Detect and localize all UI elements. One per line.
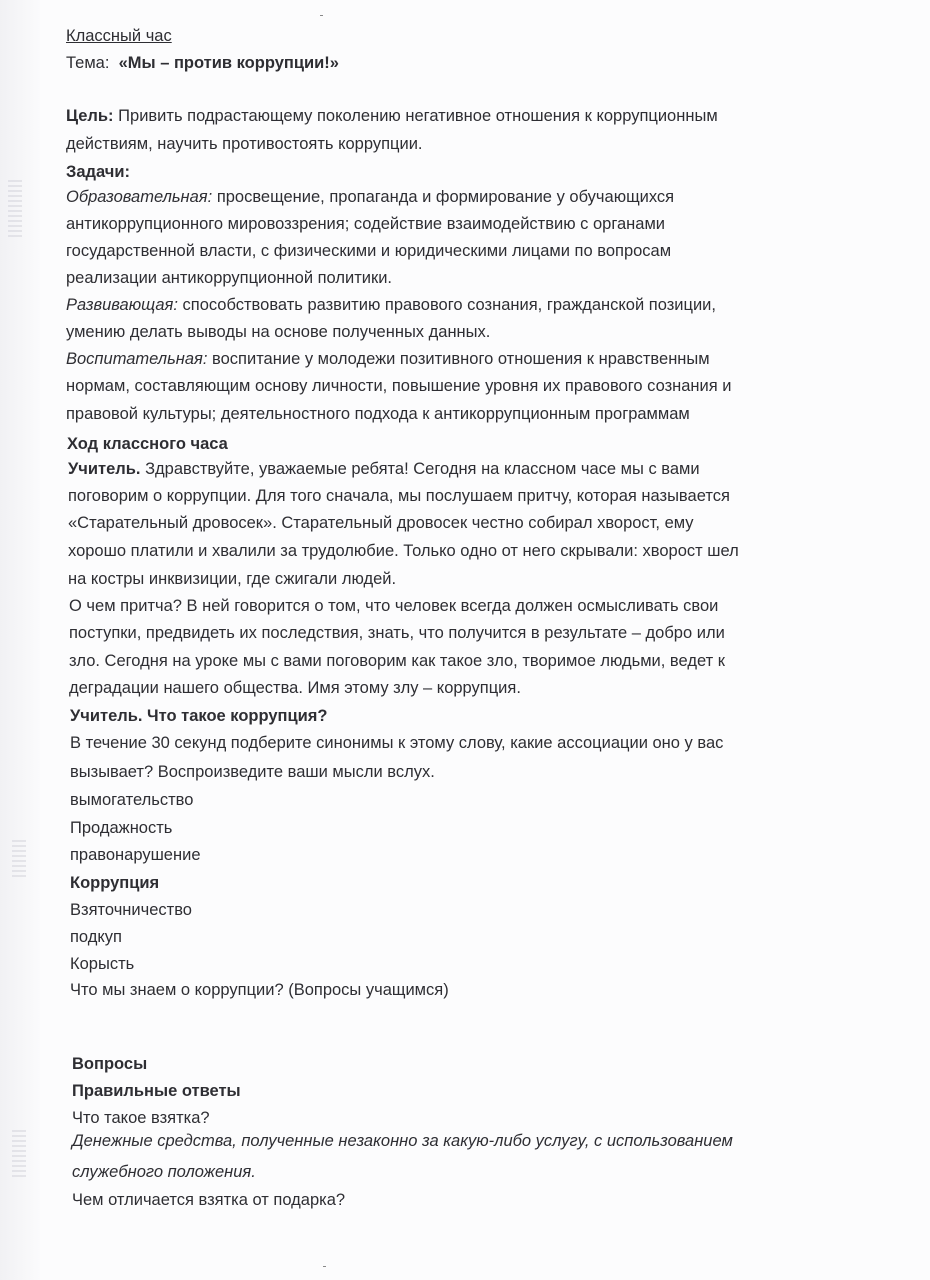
course-p3-line-2: вызывает? Воспроизведите ваши мысли вслу… <box>70 762 435 782</box>
goal-text: Привить подрастающему поколению негативн… <box>118 107 718 125</box>
course-p1-line-2: поговорим о коррупции. Для того сначала,… <box>68 486 730 506</box>
scan-dot <box>320 15 323 16</box>
teacher-label: Учитель. <box>68 460 140 478</box>
question-2: Чем отличается взятка от подарка? <box>72 1190 345 1210</box>
synonym-item: правонарушение <box>70 845 201 865</box>
upbringing-line-3: правовой культуры; деятельностного подхо… <box>66 404 690 424</box>
course-p1-line-5: на костры инквизиции, где сжигали людей. <box>68 569 396 589</box>
goal-line-1: Цель: Привить подрастающему поколению не… <box>66 106 718 126</box>
educational-line-4: реализации антикоррупционной политики. <box>66 268 392 288</box>
upbringing-line-2: нормам, составляющим основу личности, по… <box>66 376 732 396</box>
course-p3-line-1: В течение 30 секунд подберите синонимы к… <box>70 733 723 753</box>
questions-label: Вопросы <box>72 1054 147 1074</box>
goal-label: Цель: <box>66 107 114 125</box>
upbringing-text: воспитание у молодежи позитивного отноше… <box>212 350 710 368</box>
goal-line-2: действиям, научить противостоять коррупц… <box>66 134 423 154</box>
synonym-item: Корысть <box>70 954 134 974</box>
course-p1-line-4: хорошо платили и хвалили за трудолюбие. … <box>68 541 739 561</box>
what-we-know: Что мы знаем о коррупции? (Вопросы учащи… <box>70 980 449 1000</box>
course-p1-line-3: «Старательный дровосек». Старательный др… <box>68 513 694 533</box>
synonym-item: подкуп <box>70 927 122 947</box>
upbringing-line-1: Воспитательная: воспитание у молодежи по… <box>66 349 710 369</box>
synonym-item: Коррупция <box>70 873 159 893</box>
course-p1-line-1: Учитель. Здравствуйте, уважаемые ребята!… <box>68 459 700 479</box>
educational-text: просвещение, пропаганда и формирование у… <box>217 188 674 206</box>
tasks-label: Задачи: <box>66 162 130 182</box>
educational-label: Образовательная: <box>66 188 212 206</box>
course-heading: Ход классного часа <box>67 434 228 454</box>
course-p2-line-2: поступки, предвидеть их последствия, зна… <box>69 623 725 643</box>
theme-line: Тема: «Мы – против коррупции!» <box>66 53 339 73</box>
educational-line-1: Образовательная: просвещение, пропаганда… <box>66 187 674 207</box>
developing-line-2: умению делать выводы на основе полученны… <box>66 322 490 342</box>
developing-label: Развивающая: <box>66 296 178 314</box>
developing-text: способствовать развитию правового сознан… <box>183 296 716 314</box>
course-p2-line-4: деградации нашего общества. Имя этому зл… <box>69 678 521 698</box>
question-heading: Учитель. Что такое коррупция? <box>70 706 328 726</box>
theme-prefix: Тема: <box>66 54 109 72</box>
question-1: Что такое взятка? <box>72 1108 210 1128</box>
answer-1-line-1: Денежные средства, полученные незаконно … <box>72 1131 733 1151</box>
synonym-item: Взяточничество <box>70 900 192 920</box>
educational-line-3: государственной власти, с физическими и … <box>66 241 671 261</box>
upbringing-label: Воспитательная: <box>66 350 207 368</box>
course-p2-line-3: зло. Сегодня на уроке мы с вами поговори… <box>69 651 725 671</box>
course-p1-text: Здравствуйте, уважаемые ребята! Сегодня … <box>145 460 700 478</box>
educational-line-2: антикоррупционного мировоззрения; содейс… <box>66 214 665 234</box>
synonym-item: Продажность <box>70 818 172 838</box>
course-p2-line-1: О чем притча? В ней говорится о том, что… <box>69 596 718 616</box>
scan-dot <box>323 1266 326 1267</box>
developing-line-1: Развивающая: способствовать развитию пра… <box>66 295 716 315</box>
theme-title: «Мы – против коррупции!» <box>119 54 339 72</box>
header-label: Классный час <box>66 26 172 46</box>
answer-1-line-2: служебного положения. <box>72 1162 256 1182</box>
synonym-item: вымогательство <box>70 790 193 810</box>
scan-artifact <box>8 180 22 240</box>
answers-label: Правильные ответы <box>72 1081 241 1101</box>
scan-artifact <box>12 840 26 880</box>
scan-artifact <box>12 1130 26 1180</box>
